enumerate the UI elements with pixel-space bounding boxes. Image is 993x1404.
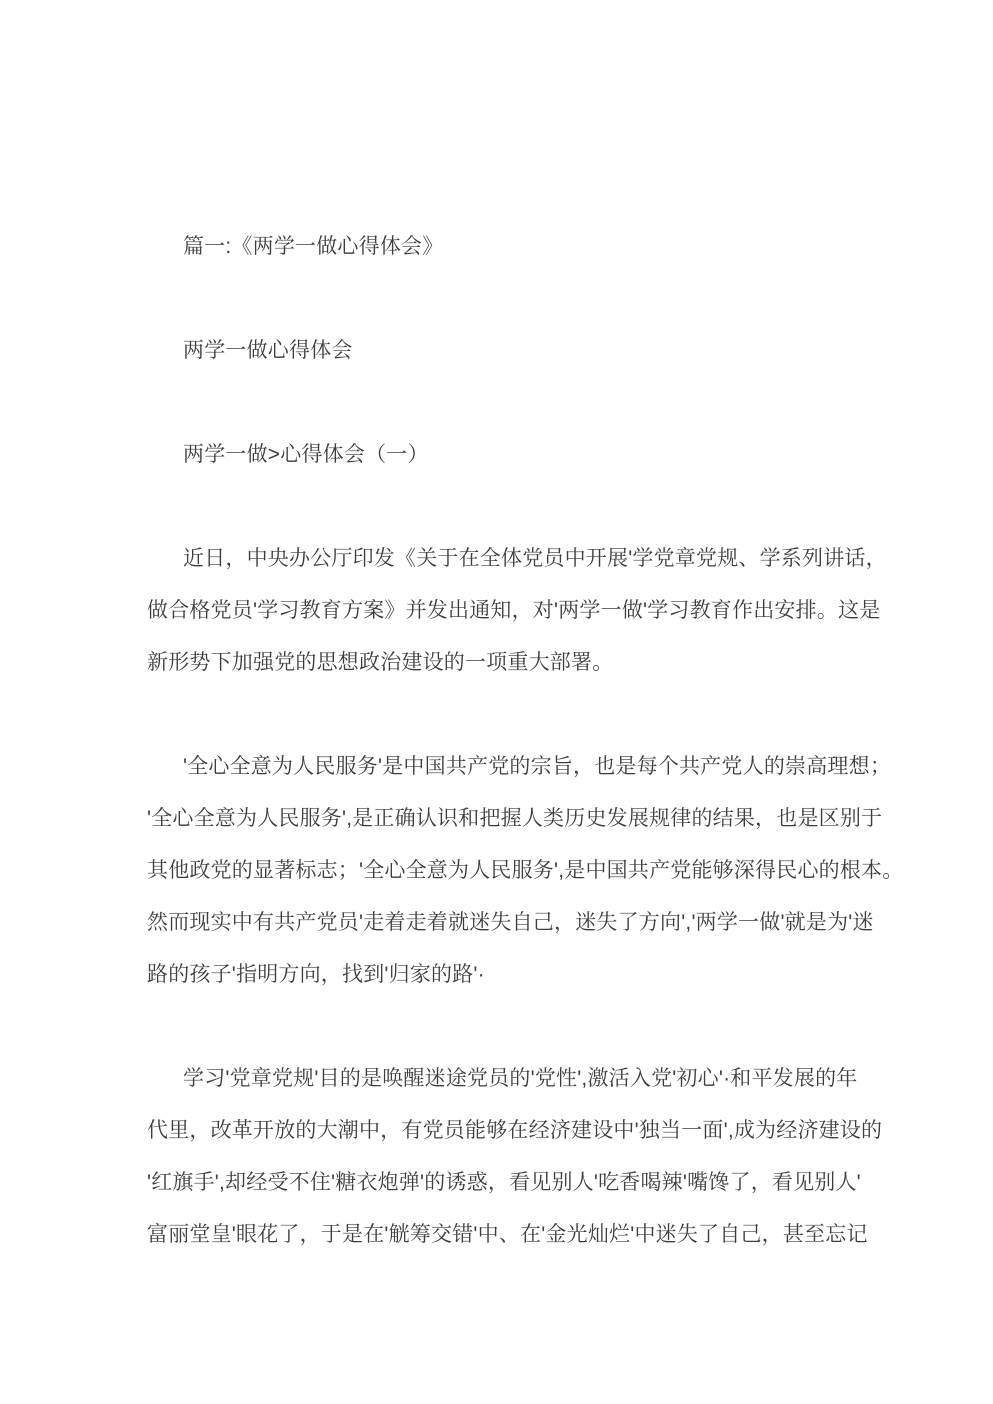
paragraph-3-line-2: 代里，改革开放的大潮中，有党员能够在经济建设中'独当一面',成为经济建设的 <box>147 1105 863 1157</box>
paragraph-1-line-1: 近日，中央办公厅印发《关于在全体党员中开展'学党章党规、学系列讲话， <box>147 533 863 585</box>
doc-title-line-2-line-1: 两学一做心得体会 <box>147 325 863 377</box>
doc-title-line-2: 两学一做心得体会 <box>147 325 863 377</box>
paragraph-1-line-3: 新形势下加强党的思想政治建设的一项重大部署。 <box>147 637 863 689</box>
paragraph-2-line-5: 路的孩子'指明方向，找到'归家的路'· <box>147 949 863 1001</box>
paragraph-2-line-2: '全心全意为人民服务',是正确认识和把握人类历史发展规律的结果，也是区别于 <box>147 793 863 845</box>
paragraph-3-line-3: '红旗手',却经受不住'糖衣炮弹'的诱惑，看见别人'吃香喝辣'嘴馋了，看见别人' <box>147 1157 863 1209</box>
paragraph-3-line-4: 富丽堂皇'眼花了，于是在'觥筹交错'中、在'金光灿烂'中迷失了自己，甚至忘记 <box>147 1209 863 1261</box>
document-page: 篇一:《两学一做心得体会》两学一做心得体会两学一做>心得体会（一）近日，中央办公… <box>0 0 993 1404</box>
doc-subtitle-line-line-1: 两学一做>心得体会（一） <box>147 429 863 481</box>
paragraph-2-line-3: 其他政党的显著标志；'全心全意为人民服务',是中国共产党能够深得民心的根本。 <box>147 845 863 897</box>
paragraph-2-line-1: '全心全意为人民服务'是中国共产党的宗旨，也是每个共产党人的崇高理想； <box>147 741 863 793</box>
document-content: 篇一:《两学一做心得体会》两学一做心得体会两学一做>心得体会（一）近日，中央办公… <box>147 221 863 1313</box>
doc-title-line-1: 篇一:《两学一做心得体会》 <box>147 221 863 273</box>
paragraph-1-line-2: 做合格党员'学习教育方案》并发出通知，对'两学一做'学习教育作出安排。这是 <box>147 585 863 637</box>
paragraph-3: 学习'党章党规'目的是唤醒迷途党员的'党性',激活入党'初心'·和平发展的年代里… <box>147 1053 863 1261</box>
doc-subtitle-line: 两学一做>心得体会（一） <box>147 429 863 481</box>
paragraph-2: '全心全意为人民服务'是中国共产党的宗旨，也是每个共产党人的崇高理想；'全心全意… <box>147 741 863 1001</box>
paragraph-2-line-4: 然而现实中有共产党员'走着走着就迷失自己，迷失了方向','两学一做'就是为'迷 <box>147 897 863 949</box>
paragraph-1: 近日，中央办公厅印发《关于在全体党员中开展'学党章党规、学系列讲话，做合格党员'… <box>147 533 863 689</box>
paragraph-3-line-1: 学习'党章党规'目的是唤醒迷途党员的'党性',激活入党'初心'·和平发展的年 <box>147 1053 863 1105</box>
doc-title-line-1-line-1: 篇一:《两学一做心得体会》 <box>147 221 863 273</box>
